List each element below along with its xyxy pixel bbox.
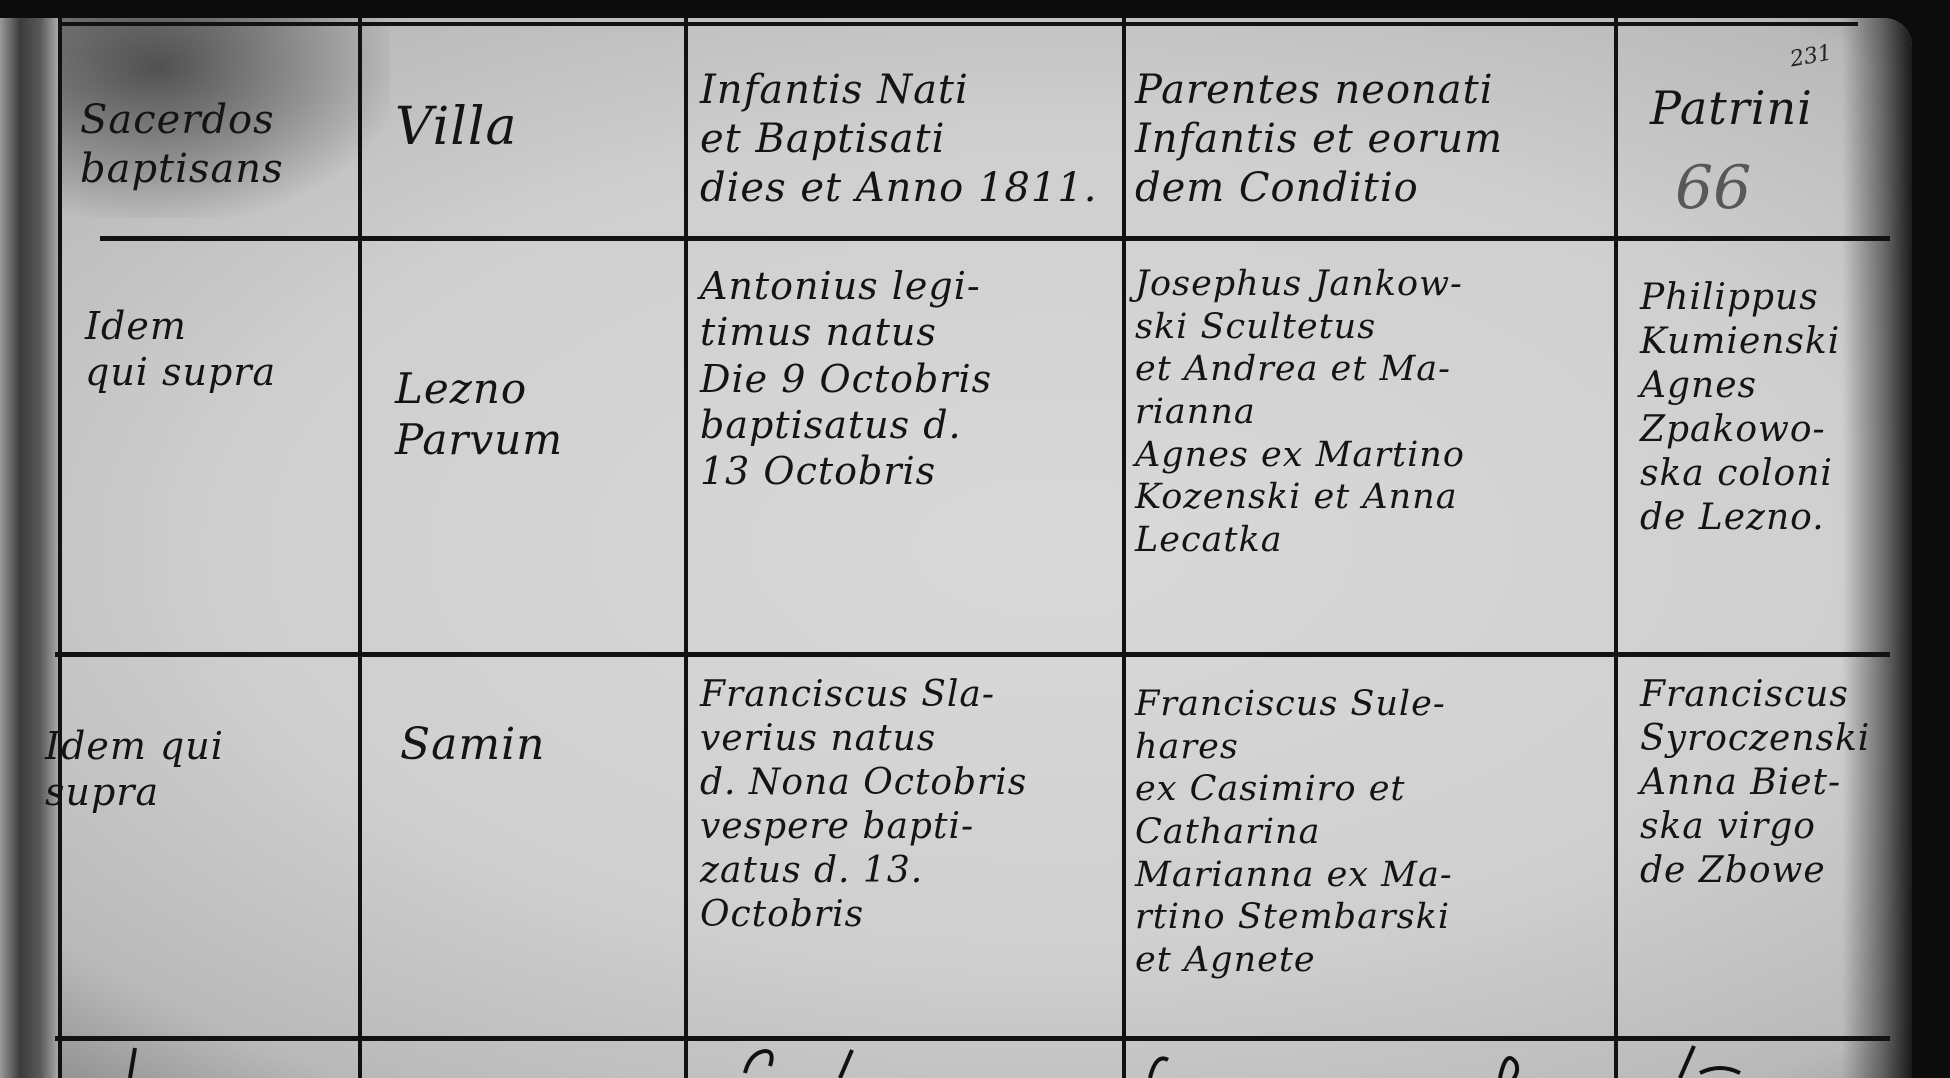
row1-patrini: Philippus Kumienski Agnes Zpakowo- ska c… bbox=[1640, 276, 1880, 539]
row2-patrini: Franciscus Syroczenski Anna Biet- ska vi… bbox=[1640, 673, 1880, 893]
header-patrini: Patrini bbox=[1650, 80, 1870, 136]
page-mark: 66 bbox=[1675, 153, 1751, 223]
header-villa: Villa bbox=[395, 96, 675, 159]
partial-row bbox=[0, 1043, 1900, 1078]
header-rule bbox=[100, 236, 1890, 241]
top-rule bbox=[58, 22, 1858, 26]
row2-sacerdos: Idem qui supra bbox=[45, 723, 355, 816]
cropped-handwriting bbox=[0, 1043, 1900, 1078]
page-edge-shadow bbox=[1842, 18, 1912, 1078]
column-rule bbox=[58, 18, 62, 1078]
row1-villa: Lezno Parvum bbox=[395, 363, 680, 465]
header-infans: Infantis Nati et Baptisati dies et Anno … bbox=[700, 66, 1120, 212]
row2-parentes: Franciscus Sule- hares ex Casimiro et Ca… bbox=[1135, 683, 1610, 982]
column-rule bbox=[684, 18, 688, 1078]
column-rule bbox=[1122, 18, 1126, 1078]
book-spine bbox=[0, 18, 58, 1078]
header-parentes: Parentes neonati Infantis et eorum dem C… bbox=[1135, 66, 1605, 212]
column-rule bbox=[358, 18, 362, 1078]
row-rule bbox=[55, 652, 1890, 657]
register-page: Sacerdos baptisans Villa Infantis Nati e… bbox=[0, 18, 1912, 1078]
column-rule bbox=[1614, 18, 1618, 1078]
row-rule bbox=[55, 1036, 1890, 1041]
row1-parentes: Josephus Jankow- ski Scultetus et Andrea… bbox=[1135, 263, 1610, 562]
row2-villa: Samin bbox=[400, 718, 680, 772]
row1-infans: Antonius legi- timus natus Die 9 Octobri… bbox=[700, 263, 1120, 495]
header-sacerdos: Sacerdos baptisans bbox=[80, 96, 350, 194]
row1-sacerdos: Idem qui supra bbox=[85, 303, 355, 396]
row2-infans: Franciscus Sla- verius natus d. Nona Oct… bbox=[700, 673, 1120, 936]
page-number: 231 bbox=[1788, 41, 1834, 73]
